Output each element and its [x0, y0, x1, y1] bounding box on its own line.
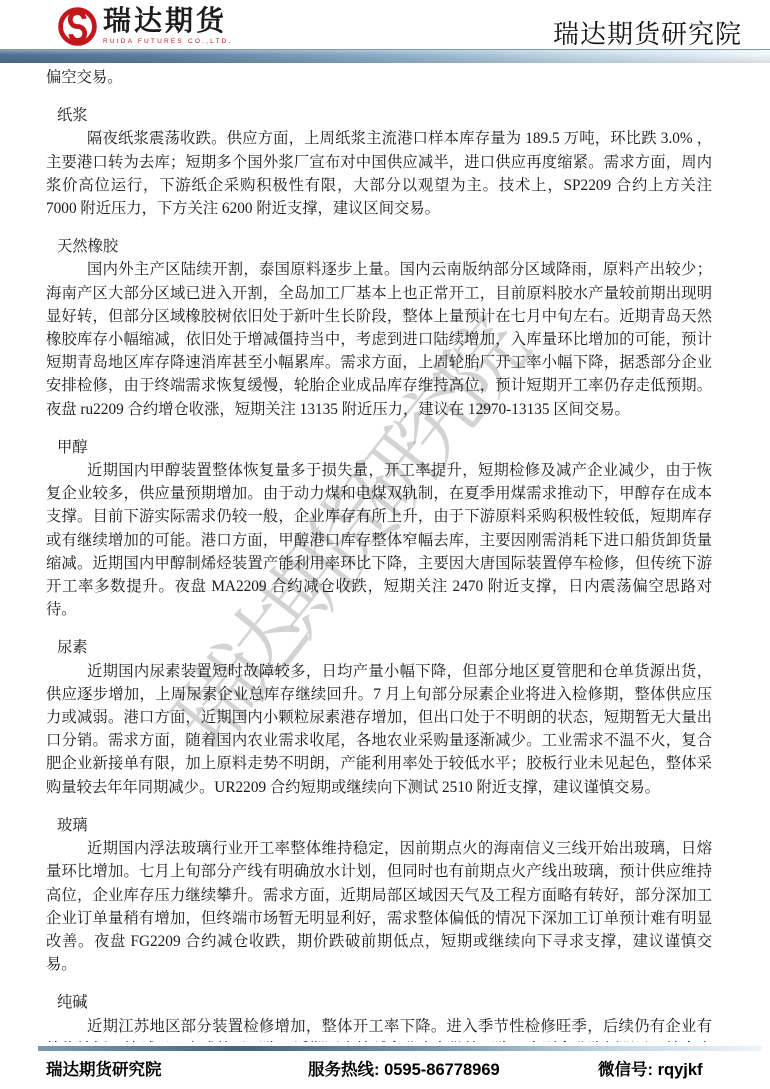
section-paragraph-pulp: 隔夜纸浆震荡收跌。供应方面，上周纸浆主流港口样本库存量为 189.5 万吨，环比…: [46, 127, 712, 220]
report-page: 瑞达期货 RUIDA FUTURES CO.,LTD. 瑞达期货研究院 瑞达期货…: [0, 0, 770, 1089]
footer-hotline: 服务热线: 0595-86778969: [308, 1058, 500, 1082]
section-paragraph-soda-ash: 近期江苏地区部分装置检修增加，整体开工率下降。进入季节性检修旺季，后续仍有企业有…: [46, 1015, 712, 1042]
page-title: 瑞达期货研究院: [553, 14, 742, 51]
logo-company-subtitle: RUIDA FUTURES CO.,LTD.: [103, 38, 233, 45]
section-urea: 尿素 近期国内尿素装置短时故障较多，日均产量小幅下降，但部分地区夏管肥和仓单货源…: [46, 636, 712, 798]
section-paragraph-methanol: 近期国内甲醇装置整体恢复量多于损失量，开工率提升，短期检修及减产企业减少，由于恢…: [46, 459, 712, 621]
footer-institute-name: 瑞达期货研究院: [46, 1058, 162, 1082]
section-glass: 玻璃 近期国内浮法玻璃行业开工率整体维持稳定，因前期点火的海南信义三线开始出玻璃…: [46, 814, 712, 976]
section-title-methanol: 甲醇: [46, 436, 712, 459]
section-paragraph-natural-rubber: 国内外主产区陆续开割，泰国原料逐步上量。国内云南版纳部分区域降雨，原料产出较少；…: [46, 258, 712, 420]
section-soda-ash: 纯碱 近期江苏地区部分装置检修增加，整体开工率下降。进入季节性检修旺季，后续仍有…: [46, 991, 712, 1042]
section-paragraph-urea: 近期国内尿素装置短时故障较多，日均产量小幅下降，但部分地区夏管肥和仓单货源出货，…: [46, 660, 712, 799]
section-title-pulp: 纸浆: [46, 104, 712, 127]
section-paragraph-glass: 近期国内浮法玻璃行业开工率整体维持稳定，因前期点火的海南信义三线开始出玻璃，日熔…: [46, 837, 712, 976]
company-logo: 瑞达期货 RUIDA FUTURES CO.,LTD.: [57, 5, 233, 47]
footer-divider-bar: [38, 1046, 762, 1051]
report-body: 偏空交易。 纸浆 隔夜纸浆震荡收跌。供应方面，上周纸浆主流港口样本库存量为 18…: [46, 66, 712, 1042]
logo-company-name: 瑞达期货: [103, 5, 233, 37]
header-divider-bar: [0, 49, 770, 63]
section-natural-rubber: 天然橡胶 国内外主产区陆续开割，泰国原料逐步上量。国内云南版纳部分区域降雨，原料…: [46, 235, 712, 421]
section-title-soda-ash: 纯碱: [46, 991, 712, 1014]
opening-line: 偏空交易。: [46, 66, 712, 89]
section-title-urea: 尿素: [46, 636, 712, 659]
ruida-emblem-icon: [57, 6, 98, 47]
section-pulp: 纸浆 隔夜纸浆震荡收跌。供应方面，上周纸浆主流港口样本库存量为 189.5 万吨…: [46, 104, 712, 220]
footer-wechat: 微信号: rqyjkf: [598, 1058, 703, 1082]
section-title-glass: 玻璃: [46, 814, 712, 837]
section-title-natural-rubber: 天然橡胶: [46, 235, 712, 258]
section-methanol: 甲醇 近期国内甲醇装置整体恢复量多于损失量，开工率提升，短期检修及减产企业减少，…: [46, 436, 712, 622]
logo-text: 瑞达期货 RUIDA FUTURES CO.,LTD.: [103, 5, 233, 45]
